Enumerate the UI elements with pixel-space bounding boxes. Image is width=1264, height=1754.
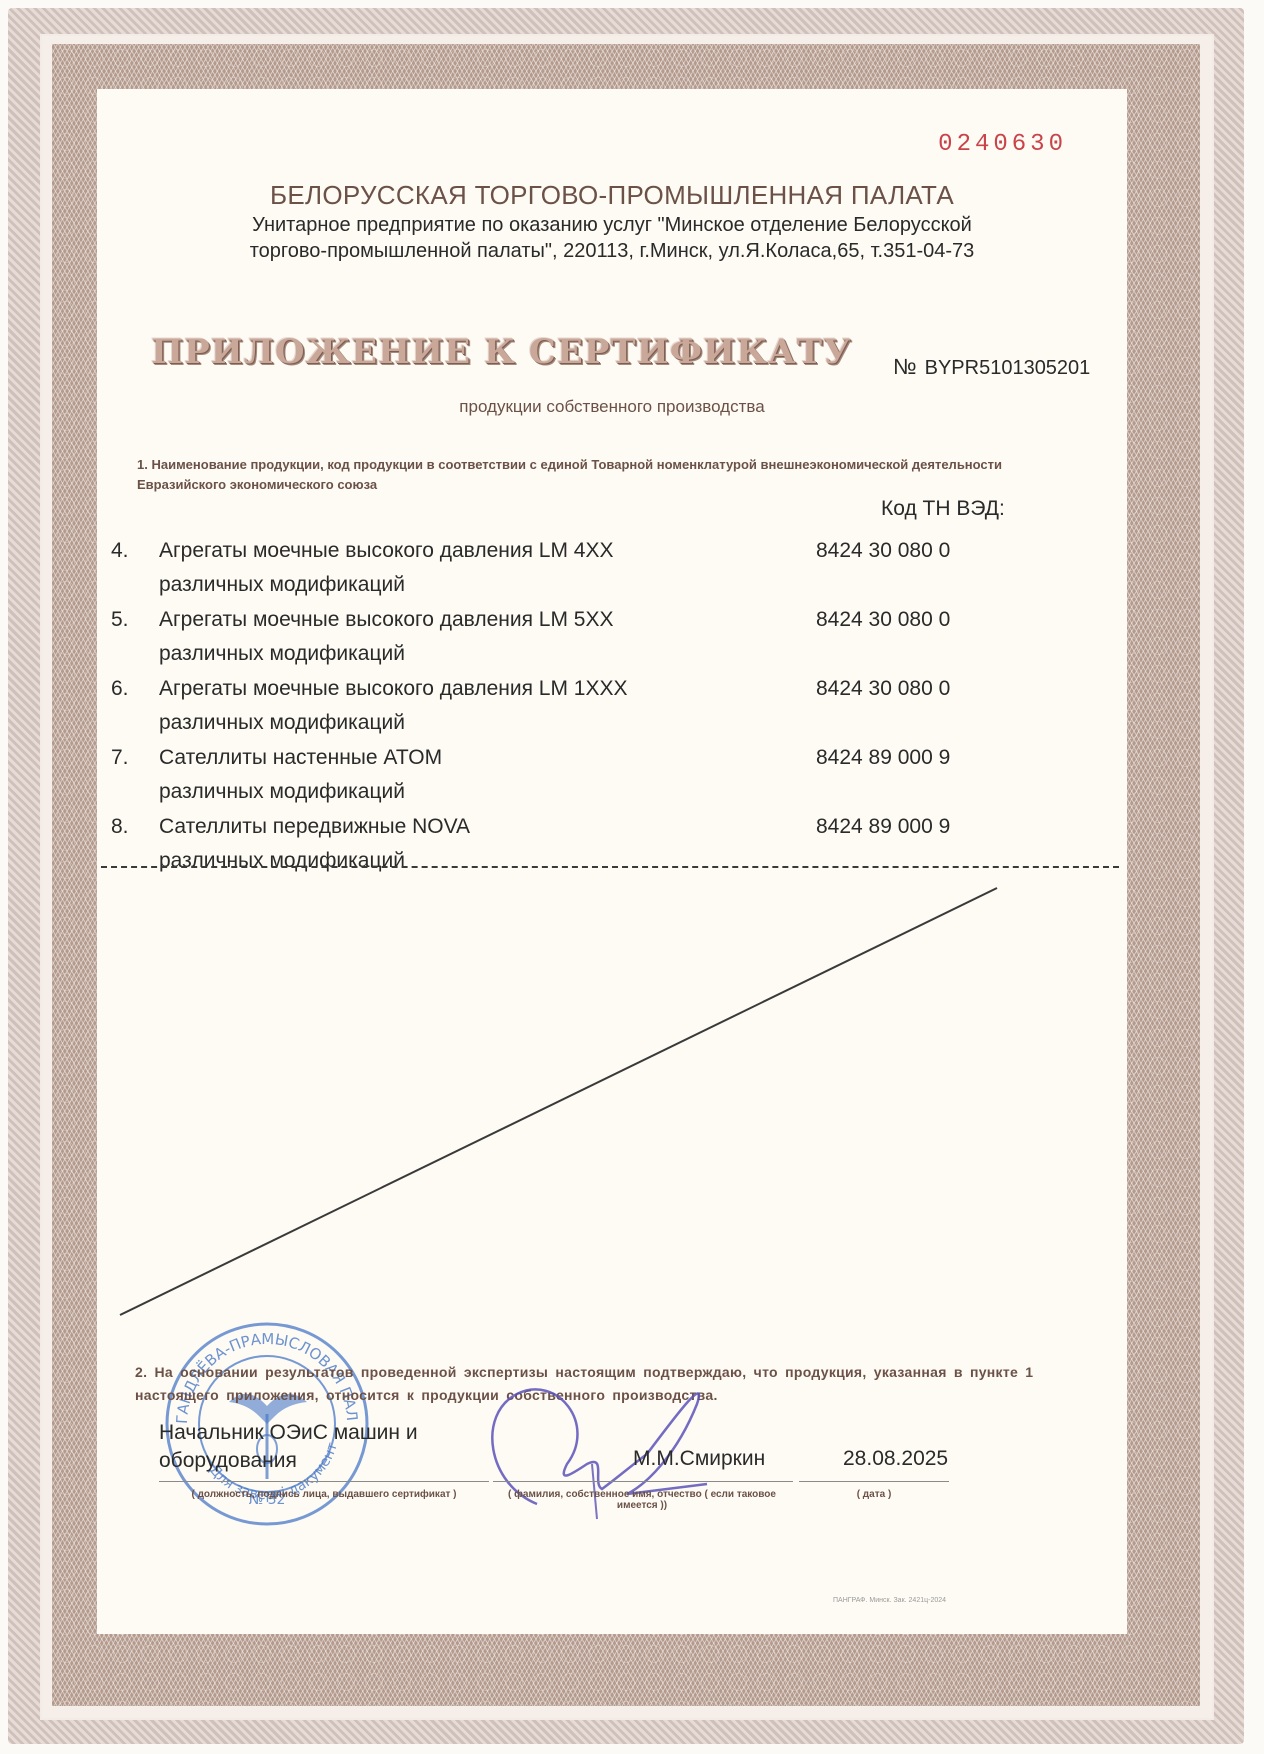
organization-title: БЕЛОРУССКАЯ ТОРГОВО-ПРОМЫШЛЕННАЯ ПАЛАТА: [97, 180, 1127, 211]
product-list: 4. Агрегаты моечные высокого давления LM…: [111, 539, 1091, 884]
certificate-number-value: BYPR5101305201: [925, 357, 1091, 379]
item-name: Сателлиты настенные ATOM: [159, 746, 442, 770]
item-number: 5.: [111, 608, 129, 632]
name-underline: [493, 1481, 793, 1482]
item-name: Сателлиты передвижные NOVA: [159, 815, 470, 839]
organization-subtitle-line2: торгово-промышленной палаты", 220113, г.…: [97, 238, 1127, 264]
organization-subtitle: Унитарное предприятие по оказанию услуг …: [97, 212, 1127, 264]
item-code: 8424 30 080 0: [816, 539, 950, 563]
signature-date: 28.08.2025: [843, 1447, 948, 1471]
separator-dashed-line: [101, 866, 1119, 868]
list-item: 7. Сателлиты настенные ATOM различных мо…: [111, 746, 1091, 815]
item-name-line2: различных модификаций: [159, 711, 405, 735]
code-column-header: Код ТН ВЭД:: [881, 497, 1005, 521]
number-sign: №: [893, 354, 917, 379]
item-number: 7.: [111, 746, 129, 770]
item-code: 8424 30 080 0: [816, 608, 950, 632]
printer-mark: ПАНГРАФ. Минск. Зак. 2421ц-2024: [833, 1597, 946, 1604]
list-item: 6. Агрегаты моечные высокого давления LM…: [111, 677, 1091, 746]
item-name-line2: различных модификаций: [159, 780, 405, 804]
organization-subtitle-line1: Унитарное предприятие по оказанию услуг …: [97, 212, 1127, 238]
name-caption: ( фамилия, собственное имя, отчество ( е…: [487, 1489, 797, 1511]
item-number: 6.: [111, 677, 129, 701]
signer-position-line1: Начальник ОЭиС машин и: [159, 1419, 418, 1447]
signer-name: М.М.Смиркин: [633, 1447, 765, 1471]
certificate-paper: 0240630 БЕЛОРУССКАЯ ТОРГОВО-ПРОМЫШЛЕННАЯ…: [97, 89, 1127, 1634]
position-caption: ( должность, подпись лица, выдавшего сер…: [159, 1489, 489, 1500]
signer-position: Начальник ОЭиС машин и оборудования: [159, 1419, 418, 1475]
list-item: 8. Сателлиты передвижные NOVA различных …: [111, 815, 1091, 884]
position-underline: [159, 1481, 489, 1482]
item-code: 8424 89 000 9: [816, 815, 950, 839]
item-code: 8424 30 080 0: [816, 677, 950, 701]
item-name-line2: различных модификаций: [159, 642, 405, 666]
item-name-line2: различных модификаций: [159, 573, 405, 597]
date-underline: [799, 1481, 949, 1482]
item-name: Агрегаты моечные высокого давления LM 1X…: [159, 677, 628, 701]
section-1-text: 1. Наименование продукции, код продукции…: [137, 455, 1077, 495]
list-item: 4. Агрегаты моечные высокого давления LM…: [111, 539, 1091, 608]
signer-position-line2: оборудования: [159, 1447, 418, 1475]
serial-number: 0240630: [938, 131, 1067, 158]
annex-subtitle: продукции собственного производства: [97, 397, 1127, 417]
date-caption: ( дата ): [799, 1489, 949, 1500]
item-name-line2: различных модификаций: [159, 849, 405, 873]
item-code: 8424 89 000 9: [816, 746, 950, 770]
annex-title: ПРИЛОЖЕНИЕ К СЕРТИФИКАТУ: [151, 332, 852, 372]
certificate-number: №BYPR5101305201: [893, 354, 1090, 380]
list-item: 5. Агрегаты моечные высокого давления LM…: [111, 608, 1091, 677]
item-number: 8.: [111, 815, 129, 839]
item-number: 4.: [111, 539, 129, 563]
item-name: Агрегаты моечные высокого давления LM 5X…: [159, 608, 613, 632]
item-name: Агрегаты моечные высокого давления LM 4X…: [159, 539, 613, 563]
